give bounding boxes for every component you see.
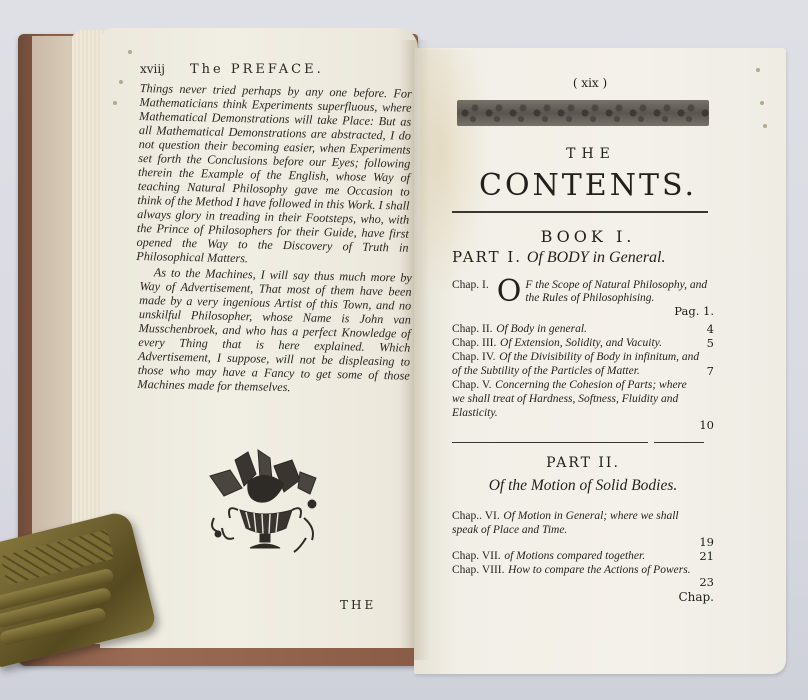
- contents-page: ( xix ) THE CONTENTS. BOOK I. PART I. Of…: [452, 76, 714, 604]
- chapter-label: Chap.. VI.: [452, 510, 500, 522]
- toc-entry[interactable]: Chap. VIII. How to compare the Actions o…: [452, 563, 714, 589]
- title-the: THE: [468, 146, 714, 162]
- toc-entry[interactable]: Chap. I. O F the Scope of Natural Philos…: [452, 279, 714, 305]
- chapter-title: Of Body in general.: [496, 323, 587, 335]
- chapter-title: F the Scope of Natural Philosophy, and t…: [525, 279, 714, 305]
- foxing-dot: [119, 80, 123, 84]
- chapter-label: Chap. VIII.: [452, 564, 505, 576]
- toc-entry[interactable]: Chap. VII. of Motions compared together.…: [452, 549, 714, 563]
- chapter-page: 19: [699, 536, 714, 549]
- part-heading: PART I. Of BODY in General.: [452, 248, 714, 267]
- page-title: CONTENTS.: [462, 168, 714, 203]
- toc-entry[interactable]: Chap. III. Of Extension, Solidity, and V…: [452, 336, 714, 350]
- page-number: ( xix ): [466, 76, 714, 90]
- part-subtitle: Of BODY in General.: [527, 249, 666, 266]
- foxing-dot: [113, 101, 117, 105]
- floral-headpiece-ornament-icon: [457, 100, 709, 126]
- chapter-label: Chap. II.: [452, 323, 493, 335]
- chapter-page: Pag. 1.: [452, 305, 714, 318]
- chapter-title: Of Extension, Solidity, and Vacuity.: [500, 337, 662, 349]
- part-label: PART I.: [452, 248, 522, 266]
- part-subtitle: Of the Motion of Solid Bodies.: [452, 477, 714, 495]
- foxing-dot: [128, 50, 132, 54]
- foxing-dot: [760, 101, 764, 105]
- toc-entry[interactable]: Chap. IV. Of the Divisibility of Body in…: [452, 350, 714, 378]
- preface-paragraph: Things never tried perhaps by any one be…: [136, 81, 412, 269]
- chapter-title: of Motions compared together.: [504, 550, 645, 562]
- chapter-page: 7: [707, 365, 714, 378]
- chapter-label: Chap. III.: [452, 337, 496, 349]
- chapter-page: 23: [699, 576, 714, 589]
- toc-entry[interactable]: Chap. V. Concerning the Cohesion of Part…: [452, 378, 714, 432]
- chapter-page: 4: [707, 323, 714, 336]
- chapter-title: How to compare the Actions of Powers.: [508, 564, 690, 576]
- chapter-page: 21: [699, 550, 714, 563]
- chapter-label: Chap. IV.: [452, 351, 496, 363]
- divider: [452, 442, 714, 444]
- preface-paragraph: As to the Machines, I will say thus much…: [137, 265, 412, 397]
- preface-text-block: xviij The PREFACE. Things never tried pe…: [140, 62, 412, 391]
- part-heading: PART II.: [452, 455, 714, 471]
- chapter-page: 5: [707, 337, 714, 350]
- toc-list: Chap.. VI. Of Motion in General; where w…: [452, 509, 714, 589]
- running-head: xviij The PREFACE.: [140, 62, 412, 77]
- flower-vase-ornament-icon: [200, 448, 330, 560]
- toc-list: Chap. I. O F the Scope of Natural Philos…: [452, 279, 714, 432]
- book-heading: BOOK I.: [462, 227, 714, 246]
- page-number: xviij: [140, 62, 190, 76]
- drop-cap: O: [497, 279, 522, 305]
- toc-entry[interactable]: Chap. II. Of Body in general. 4: [452, 322, 714, 336]
- chapter-page: 10: [699, 419, 714, 432]
- catchword: Chap.: [452, 590, 714, 604]
- chapter-label: Chap. I.: [452, 279, 489, 292]
- running-title: The PREFACE.: [190, 62, 324, 77]
- chapter-label: Chap. V.: [452, 379, 492, 391]
- foxing-dot: [756, 68, 760, 72]
- foxing-dot: [763, 124, 767, 128]
- divider: [452, 211, 708, 213]
- catchword: THE: [340, 598, 376, 612]
- toc-entry[interactable]: Chap.. VI. Of Motion in General; where w…: [452, 509, 714, 549]
- chapter-label: Chap. VII.: [452, 550, 501, 562]
